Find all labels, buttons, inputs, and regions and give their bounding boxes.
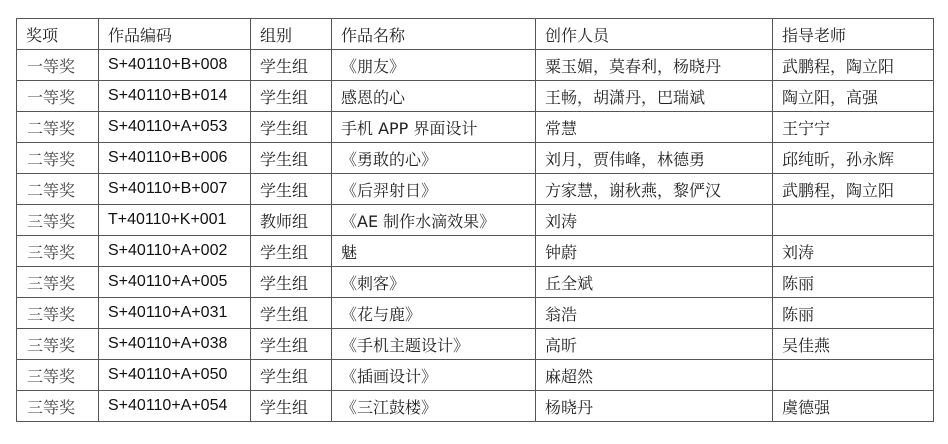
advisors-cell <box>773 205 934 236</box>
title-cell: 《手机主题设计》 <box>332 329 536 360</box>
code-cell: S+40110+B+008 <box>99 50 251 81</box>
award-cell: 二等奖 <box>17 174 99 205</box>
group-cell: 学生组 <box>251 81 332 112</box>
title-cell: 手机 APP 界面设计 <box>332 112 536 143</box>
header-title: 作品名称 <box>332 19 536 50</box>
advisors-cell: 王宁宁 <box>773 112 934 143</box>
table-row: 二等奖S+40110+B+006学生组《勇敢的心》刘月，贾伟峰，林德勇邱纯昕，孙… <box>17 143 934 174</box>
group-cell: 学生组 <box>251 236 332 267</box>
table-row: 二等奖S+40110+B+007学生组《后羿射日》方家慧，谢秋燕，黎俨汉武鹏程，… <box>17 174 934 205</box>
title-cell: 《三江鼓楼》 <box>332 391 536 422</box>
creators-cell: 杨晓丹 <box>536 391 773 422</box>
title-cell: 魅 <box>332 236 536 267</box>
award-cell: 三等奖 <box>17 205 99 236</box>
creators-cell: 方家慧，谢秋燕，黎俨汉 <box>536 174 773 205</box>
code-cell: T+40110+K+001 <box>99 205 251 236</box>
creators-cell: 刘月，贾伟峰，林德勇 <box>536 143 773 174</box>
award-cell: 三等奖 <box>17 267 99 298</box>
creators-cell: 高昕 <box>536 329 773 360</box>
table-row: 三等奖S+40110+A+054学生组《三江鼓楼》杨晓丹虞德强 <box>17 391 934 422</box>
creators-cell: 丘全斌 <box>536 267 773 298</box>
code-cell: S+40110+A+031 <box>99 298 251 329</box>
code-cell: S+40110+B+007 <box>99 174 251 205</box>
award-cell: 三等奖 <box>17 360 99 391</box>
award-cell: 三等奖 <box>17 329 99 360</box>
code-cell: S+40110+A+054 <box>99 391 251 422</box>
advisors-cell <box>773 360 934 391</box>
advisors-cell: 陈丽 <box>773 298 934 329</box>
group-cell: 学生组 <box>251 360 332 391</box>
title-cell: 《勇敢的心》 <box>332 143 536 174</box>
header-group: 组别 <box>251 19 332 50</box>
group-cell: 学生组 <box>251 329 332 360</box>
table-row: 三等奖S+40110+A+002学生组魅钟蔚刘涛 <box>17 236 934 267</box>
header-advisors: 指导老师 <box>773 19 934 50</box>
code-cell: S+40110+A+053 <box>99 112 251 143</box>
header-code: 作品编码 <box>99 19 251 50</box>
award-cell: 三等奖 <box>17 298 99 329</box>
award-cell: 一等奖 <box>17 81 99 112</box>
code-cell: S+40110+B+006 <box>99 143 251 174</box>
table-row: 一等奖S+40110+B+014学生组感恩的心王畅，胡潇丹，巴瑞斌陶立阳，高强 <box>17 81 934 112</box>
creators-cell: 钟蔚 <box>536 236 773 267</box>
title-cell: 《AE 制作水滴效果》 <box>332 205 536 236</box>
award-cell: 一等奖 <box>17 50 99 81</box>
header-row: 奖项 作品编码 组别 作品名称 创作人员 指导老师 <box>17 19 934 50</box>
group-cell: 学生组 <box>251 174 332 205</box>
award-cell: 二等奖 <box>17 112 99 143</box>
title-cell: 《插画设计》 <box>332 360 536 391</box>
award-cell: 三等奖 <box>17 236 99 267</box>
advisors-cell: 虞德强 <box>773 391 934 422</box>
advisors-cell: 刘涛 <box>773 236 934 267</box>
title-cell: 感恩的心 <box>332 81 536 112</box>
group-cell: 教师组 <box>251 205 332 236</box>
group-cell: 学生组 <box>251 50 332 81</box>
table-row: 一等奖S+40110+B+008学生组《朋友》粟玉媚，莫春利，杨晓丹武鹏程，陶立… <box>17 50 934 81</box>
header-creators: 创作人员 <box>536 19 773 50</box>
group-cell: 学生组 <box>251 298 332 329</box>
title-cell: 《后羿射日》 <box>332 174 536 205</box>
advisors-cell: 武鹏程，陶立阳 <box>773 50 934 81</box>
table-row: 三等奖S+40110+A+050学生组《插画设计》麻超然 <box>17 360 934 391</box>
creators-cell: 粟玉媚，莫春利，杨晓丹 <box>536 50 773 81</box>
creators-cell: 王畅，胡潇丹，巴瑞斌 <box>536 81 773 112</box>
advisors-cell: 陶立阳，高强 <box>773 81 934 112</box>
group-cell: 学生组 <box>251 391 332 422</box>
advisors-cell: 陈丽 <box>773 267 934 298</box>
group-cell: 学生组 <box>251 143 332 174</box>
creators-cell: 翁浩 <box>536 298 773 329</box>
group-cell: 学生组 <box>251 112 332 143</box>
table-row: 二等奖S+40110+A+053学生组手机 APP 界面设计常慧王宁宁 <box>17 112 934 143</box>
advisors-cell: 邱纯昕，孙永辉 <box>773 143 934 174</box>
creators-cell: 刘涛 <box>536 205 773 236</box>
creators-cell: 麻超然 <box>536 360 773 391</box>
code-cell: S+40110+A+050 <box>99 360 251 391</box>
code-cell: S+40110+A+038 <box>99 329 251 360</box>
creators-cell: 常慧 <box>536 112 773 143</box>
title-cell: 《刺客》 <box>332 267 536 298</box>
code-cell: S+40110+A+005 <box>99 267 251 298</box>
code-cell: S+40110+A+002 <box>99 236 251 267</box>
title-cell: 《朋友》 <box>332 50 536 81</box>
code-cell: S+40110+B+014 <box>99 81 251 112</box>
table-row: 三等奖S+40110+A+005学生组《刺客》丘全斌陈丽 <box>17 267 934 298</box>
table-row: 三等奖S+40110+A+031学生组《花与鹿》翁浩陈丽 <box>17 298 934 329</box>
group-cell: 学生组 <box>251 267 332 298</box>
table-row: 三等奖S+40110+A+038学生组《手机主题设计》高昕吴佳燕 <box>17 329 934 360</box>
advisors-cell: 吴佳燕 <box>773 329 934 360</box>
title-cell: 《花与鹿》 <box>332 298 536 329</box>
awards-table: 奖项 作品编码 组别 作品名称 创作人员 指导老师 一等奖S+40110+B+0… <box>16 18 934 422</box>
table-row: 三等奖T+40110+K+001教师组《AE 制作水滴效果》刘涛 <box>17 205 934 236</box>
award-cell: 三等奖 <box>17 391 99 422</box>
advisors-cell: 武鹏程，陶立阳 <box>773 174 934 205</box>
header-award: 奖项 <box>17 19 99 50</box>
award-cell: 二等奖 <box>17 143 99 174</box>
